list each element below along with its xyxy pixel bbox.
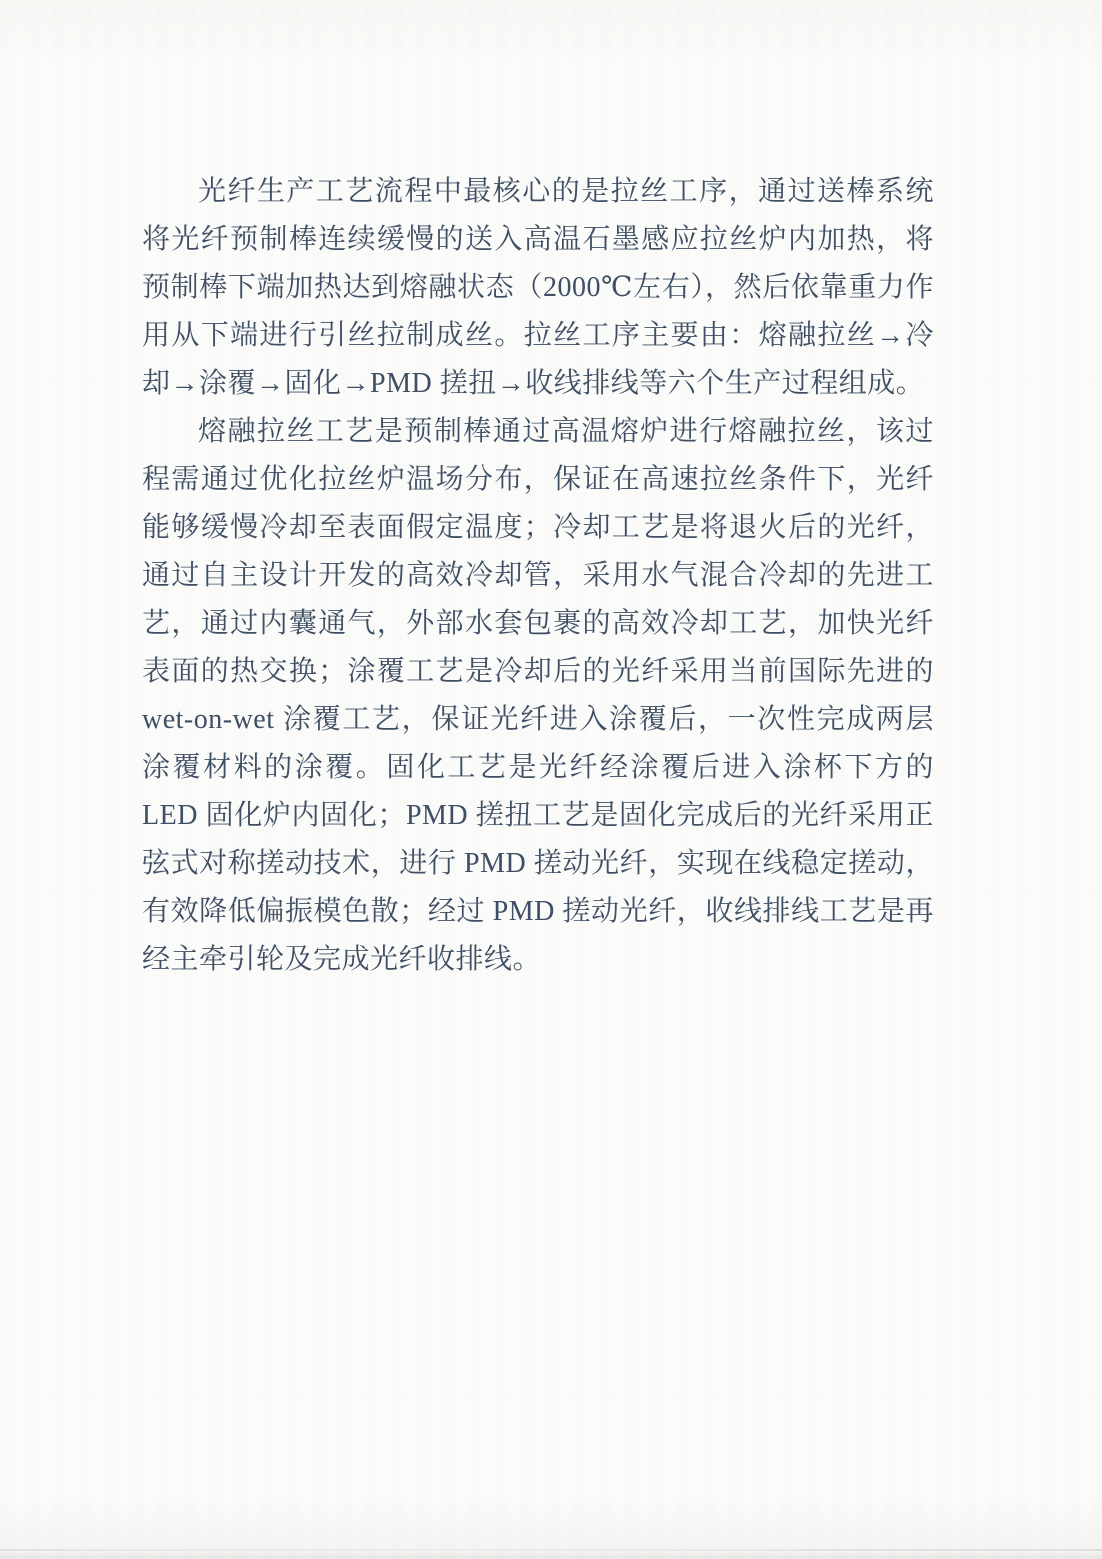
document-body-text: 光纤生产工艺流程中最核心的是拉丝工序，通过送棒系统将光纤预制棒连续缓慢的送入高温… [142, 168, 934, 984]
scan-bottom-shadow [0, 1551, 1102, 1559]
scan-bottom-edge-line [0, 1549, 1102, 1551]
paragraph-drawing-process-overview: 光纤生产工艺流程中最核心的是拉丝工序，通过送棒系统将光纤预制棒连续缓慢的送入高温… [142, 168, 934, 408]
paragraph-process-step-details: 熔融拉丝工艺是预制棒通过高温熔炉进行熔融拉丝，该过程需通过优化拉丝炉温场分布，保… [142, 408, 934, 984]
scanned-document-page: 光纤生产工艺流程中最核心的是拉丝工序，通过送棒系统将光纤预制棒连续缓慢的送入高温… [0, 0, 1102, 1559]
